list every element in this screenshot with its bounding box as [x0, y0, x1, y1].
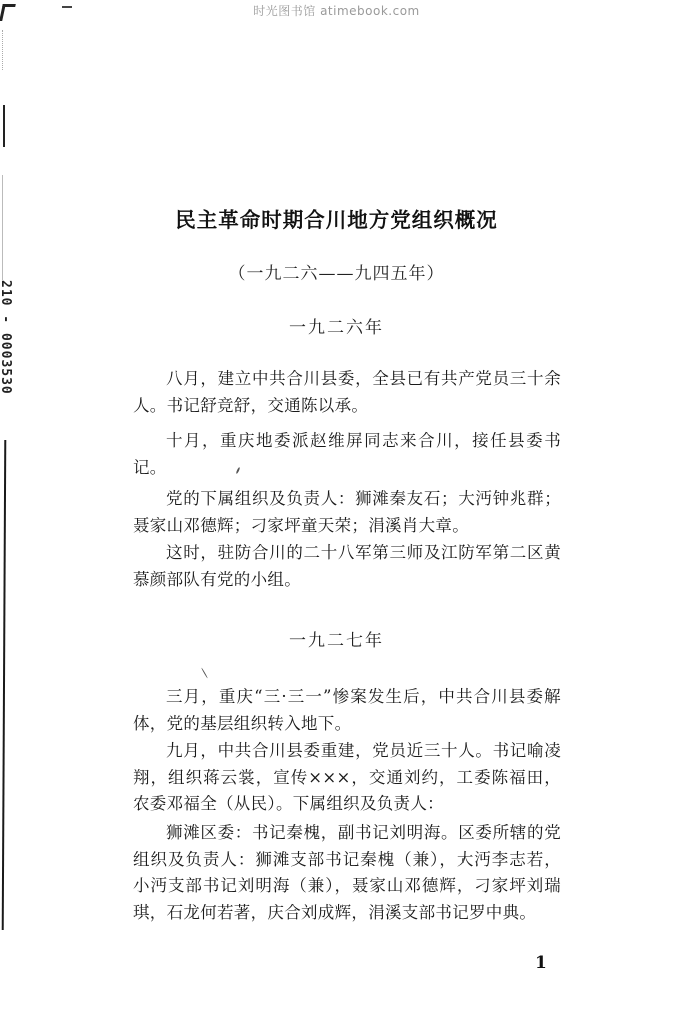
paragraph: 狮滩区委：书记秦槐，副书记刘明海。区委所辖的党组织及负责人：狮滩支部书记秦槐（兼… — [133, 820, 561, 926]
page-number: 1 — [535, 953, 547, 973]
document-title: 民主革命时期合川地方党组织概况 — [0, 203, 673, 233]
paragraph: 三月，重庆“三·三一”惨案发生后，中共合川县委解体，党的基层组织转入地下。 — [133, 684, 561, 737]
section-year-1926: 一九二六年 — [0, 313, 673, 338]
document-page: 民主革命时期合川地方党组织概况 （一九二六——九四五年） 一九二六年 八月，建立… — [0, 0, 673, 1024]
paragraph: 九月，中共合川县委重建，党员近三十人。书记喻凌翔，组织蒋云裳，宣传×××，交通刘… — [133, 738, 561, 818]
paragraph: 党的下属组织及负责人：狮滩秦友石；大沔钟兆群；聂家山邓德辉；刁家坪童天荣；涓溪肖… — [133, 486, 561, 539]
paragraph: 十月，重庆地委派赵维屏同志来合川，接任县委书记。 — [133, 428, 561, 481]
paragraph: 八月，建立中共合川县委，全县已有共产党员三十余人。书记舒竞舒，交通陈以承。 — [133, 366, 561, 419]
scan-speck — [201, 668, 208, 679]
document-subtitle: （一九二六——九四五年） — [0, 259, 673, 284]
scan-speck — [462, 858, 464, 863]
scan-speck — [402, 798, 404, 804]
section-year-1927: 一九二七年 — [0, 626, 673, 651]
paragraph: 这时，驻防合川的二十八军第三师及江防军第二区黄慕颜部队有党的小组。 — [133, 540, 561, 593]
